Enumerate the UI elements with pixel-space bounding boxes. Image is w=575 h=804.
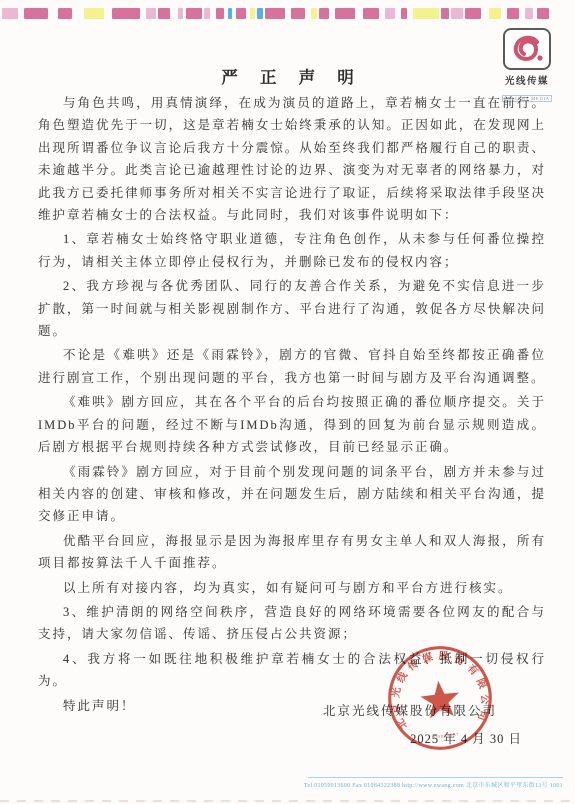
strip-segment	[250, 8, 255, 19]
strip-segment	[291, 8, 305, 19]
footer-contact-line: Tel 01059913600 Fax 01084322388 http://w…	[304, 780, 563, 789]
statement-paragraph: 《难哄》剧方回应，其在各个平台的后台均按照正确的番位顺序提交。关于IMDb平台的…	[38, 391, 546, 458]
decorative-color-strip	[2, 8, 573, 19]
strip-segment	[236, 8, 246, 19]
statement-paragraph: 《雨霖铃》剧方回应，对于目前个别发现问题的词条平台，剧方并未参与过相关内容的创建…	[38, 461, 546, 528]
signature-date: 2025 年 4 月 30 日	[410, 729, 522, 747]
strip-segment	[216, 8, 224, 19]
strip-segment	[146, 8, 156, 19]
footer-rule	[308, 777, 563, 778]
statement-paragraph: 以上所有对接内容，均为真实，如有疑问可与剧方和平台方进行核实。	[38, 577, 546, 599]
strip-segment	[451, 8, 463, 19]
strip-segment	[84, 8, 104, 19]
strip-segment	[401, 8, 407, 19]
statement-paragraph: 与角色共鸣，用真情演绎，在成为演员的道路上，章若楠女士一直在前行。角色塑造优先于…	[38, 92, 546, 226]
strip-segment	[385, 8, 395, 19]
statement-paragraph: 1、章若楠女士始终恪守职业道德，专注角色创作，从未参与任何番位操控行为，请相关主…	[38, 228, 546, 273]
statement-paragraph: 4、我方将一如既往地积极维护章若楠女士的合法权益、抵制一切侵权行为。	[38, 648, 546, 693]
strip-segment	[24, 8, 48, 19]
statement-paragraph: 优酷平台回应，海报显示是因为海报库里存有男女主单人和双人海报，所有项目都按算法千…	[38, 530, 546, 575]
signature-company: 北京光线传媒股份有限公司	[323, 701, 497, 719]
strip-segment	[335, 8, 355, 19]
statement-document: 光线传媒 ENLIGHT MEDIA 严 正 声 明 与角色共鸣，用真情演绎，在…	[0, 0, 575, 804]
bottom-scan-line	[0, 800, 575, 802]
strip-segment	[178, 8, 183, 19]
strip-segment	[537, 8, 549, 19]
strip-segment	[186, 8, 202, 19]
strip-segment	[228, 8, 232, 19]
strip-segment	[525, 8, 533, 19]
strip-segment	[311, 8, 317, 19]
strip-segment	[58, 8, 72, 19]
strip-segment	[441, 8, 449, 19]
strip-segment	[363, 8, 379, 19]
strip-segment	[507, 8, 519, 19]
strip-segment	[413, 8, 439, 19]
statement-paragraph: 3、维护清朗的网络空间秩序，营造良好的网络环境需要各位网友的配合与支持，请大家勿…	[38, 601, 546, 646]
strip-segment	[257, 8, 263, 19]
strip-segment	[489, 8, 501, 19]
strip-segment	[2, 8, 18, 19]
strip-segment	[112, 8, 140, 19]
statement-paragraph: 2、我方珍视与各优秀团队、同行的友善合作关系，为避免不实信息进一步扩散，第一时间…	[38, 275, 546, 342]
strip-segment	[265, 8, 285, 19]
strip-segment	[319, 8, 329, 19]
statement-paragraph: 不论是《难哄》还是《雨霖铃》，剧方的官微、官抖自始至终都按正确番位进行剧宣工作，…	[38, 344, 546, 389]
strip-segment	[465, 8, 481, 19]
statement-title: 严 正 声 明	[0, 64, 575, 88]
strip-segment	[204, 8, 210, 19]
strip-segment	[158, 8, 170, 19]
statement-body: 与角色共鸣，用真情演绎，在成为演员的道路上，章若楠女士一直在前行。角色塑造优先于…	[38, 92, 546, 719]
